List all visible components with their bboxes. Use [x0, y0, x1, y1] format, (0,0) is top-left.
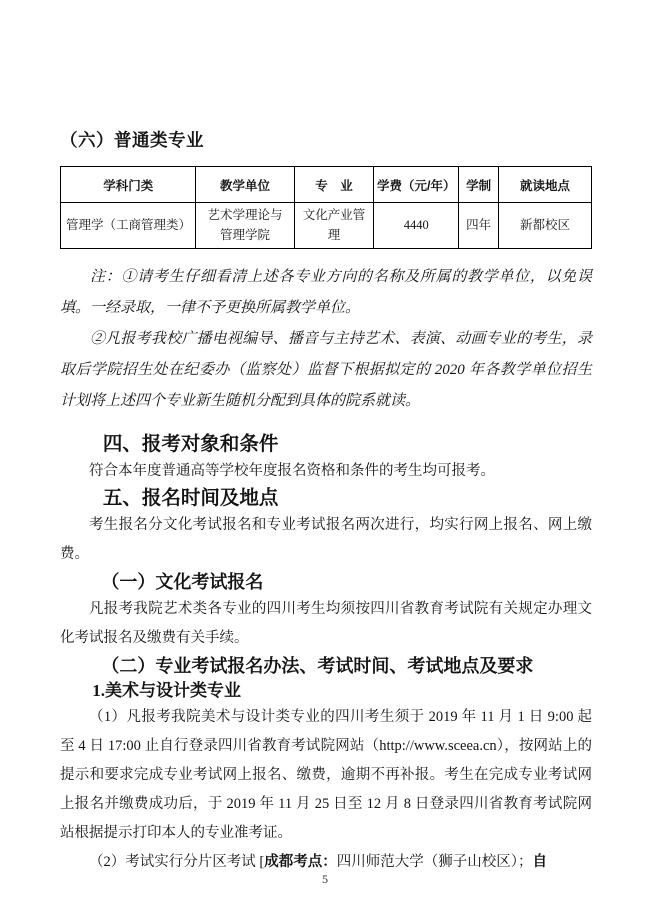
chengdu-site-label: 成都考点：	[264, 854, 337, 870]
cell-major: 文化产业管理	[294, 203, 374, 249]
cell-discipline: 管理学（工商管理类）	[61, 203, 196, 249]
document-page: （六）普通类专业 学科门类 教学单位 专 业 学费（元/年） 学制 就读地点 管…	[0, 0, 650, 919]
cell-teaching-unit: 艺术学理论与管理学院	[196, 203, 294, 249]
subsection-1-heading: （一）文化考试报名	[60, 569, 592, 595]
section-4-body: 符合本年度普通高等学校年度报名资格和条件的考生均可报考。	[60, 457, 592, 486]
col-header-tuition: 学费（元/年）	[374, 167, 459, 203]
table-header-row: 学科门类 教学单位 专 业 学费（元/年） 学制 就读地点	[61, 167, 592, 203]
col-header-teaching-unit: 教学单位	[196, 167, 294, 203]
col-header-duration: 学制	[459, 167, 499, 203]
majors-table: 学科门类 教学单位 专 业 学费（元/年） 学制 就读地点 管理学（工商管理类）…	[60, 166, 592, 249]
para-exam-sites-middle: 四川师范大学（狮子山校区）；	[337, 854, 533, 870]
page-number: 5	[0, 872, 650, 887]
note-1: 注：①请考生仔细看清上述各专业方向的名称及所属的教学单位，以免误填。一经录取，一…	[60, 262, 592, 324]
col-header-discipline: 学科门类	[61, 167, 196, 203]
para-registration-procedure: （1）凡报考我院美术与设计类专业的四川考生须于 2019 年 11 月 1 日 …	[60, 703, 592, 848]
note-2: ②凡报考我校广播电视编导、播音与主持艺术、表演、动画专业的考生，录取后学院招生处…	[60, 324, 592, 417]
cell-campus: 新都校区	[499, 203, 592, 249]
col-header-major: 专 业	[294, 167, 374, 203]
cell-tuition: 4440	[374, 203, 459, 249]
subsection-1-body: 凡报考我院艺术类各专业的四川考生均须按四川省教育考试院有关规定办理文化考试报名及…	[60, 595, 592, 653]
para-exam-sites-bold-end: 自	[532, 854, 547, 870]
page-content: （六）普通类专业 学科门类 教学单位 专 业 学费（元/年） 学制 就读地点 管…	[0, 0, 650, 877]
section-5-heading: 五、报名时间及地点	[60, 486, 592, 511]
table-row: 管理学（工商管理类） 艺术学理论与管理学院 文化产业管理 4440 四年 新都校…	[61, 203, 592, 249]
para-exam-sites-prefix: （2）考试实行分片区考试 [	[89, 854, 264, 870]
section-6-heading: （六）普通类专业	[60, 128, 592, 152]
section-4-heading: 四、报考对象和条件	[60, 432, 592, 457]
cell-duration: 四年	[459, 203, 499, 249]
section-5-intro: 考生报名分文化考试报名和专业考试报名两次进行，均实行网上报名、网上缴费。	[60, 511, 592, 569]
item-1-heading: 1.美术与设计类专业	[60, 679, 592, 703]
subsection-2-heading: （二）专业考试报名办法、考试时间、考试地点及要求	[60, 653, 592, 679]
col-header-campus: 就读地点	[499, 167, 592, 203]
